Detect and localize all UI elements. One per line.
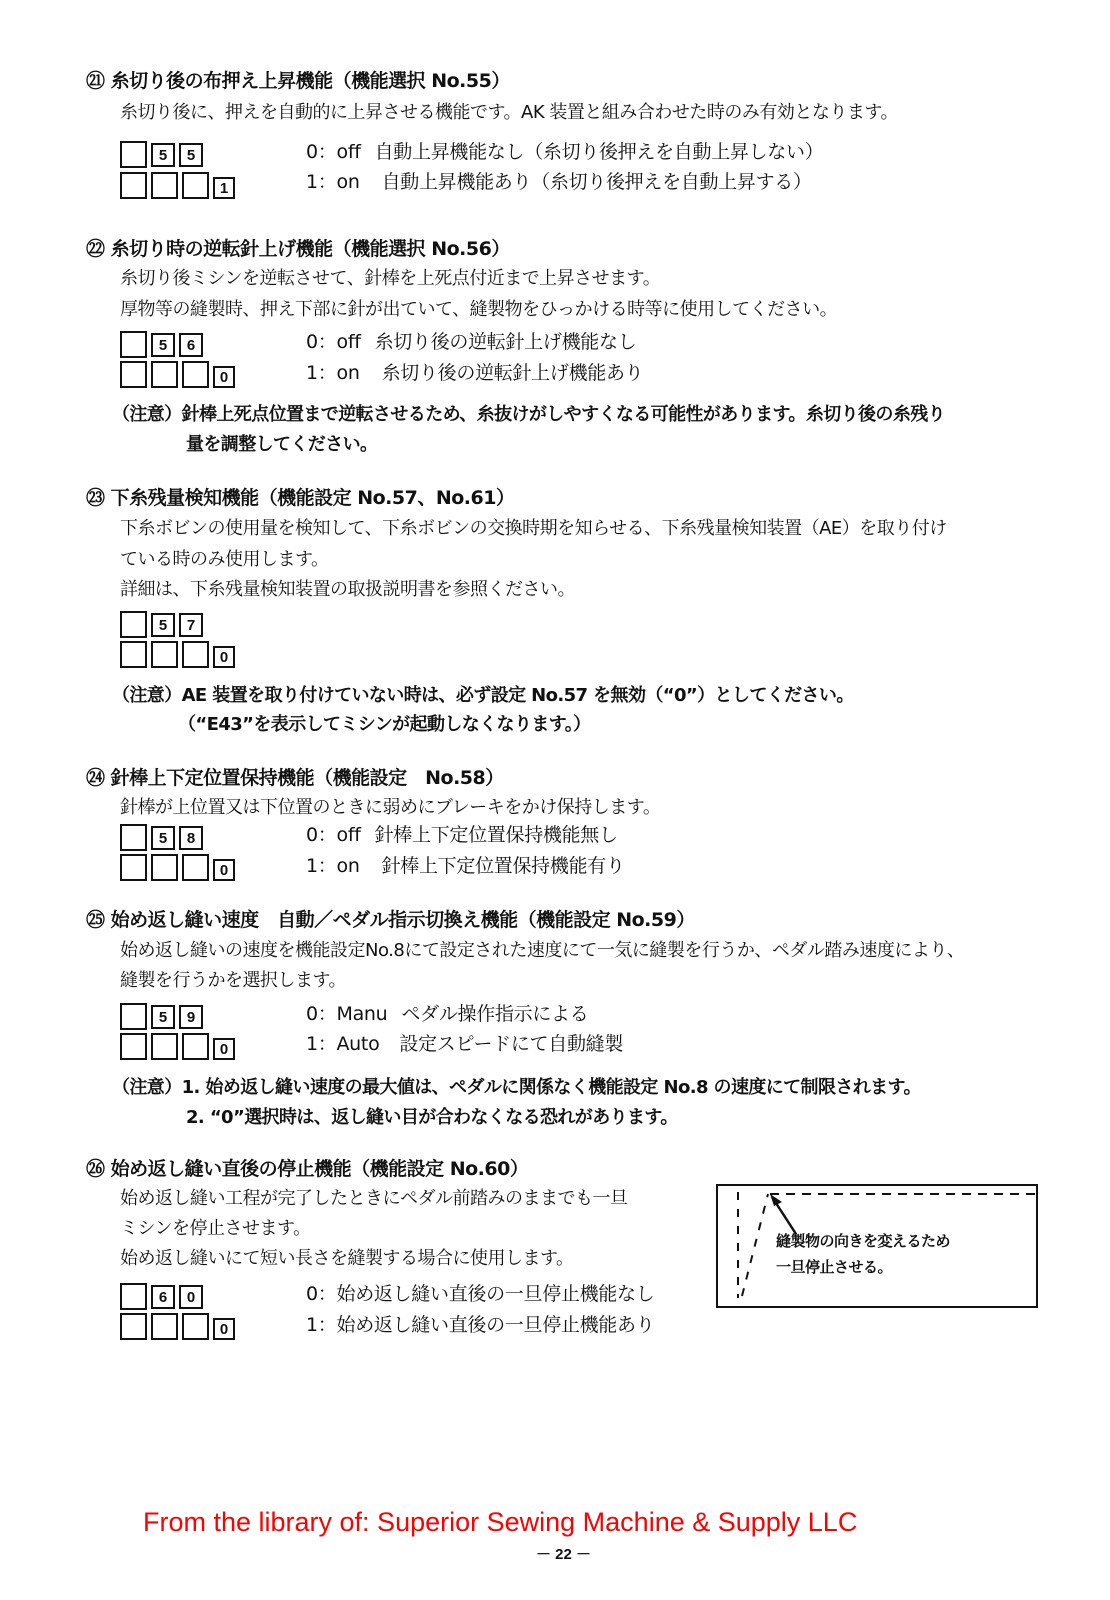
key-box: 5 — [151, 333, 175, 357]
key-box — [120, 1033, 147, 1060]
key-box — [120, 1313, 147, 1340]
key-box: 6 — [179, 333, 203, 357]
option-desc: 針棒上下定位置保持機能有り — [382, 855, 625, 877]
key-box — [120, 611, 147, 638]
section-25-body-line: 縫製を行うかを選択します。 — [120, 966, 346, 992]
section-26-option-1: 1：始め返し縫い直後の一旦停止機能あり — [306, 1310, 654, 1337]
section-25-option-0: 0：Manuペダル操作指示による — [306, 999, 588, 1026]
section-23-keys-top: 5 7 — [120, 611, 203, 638]
option-code: 1：on — [306, 167, 360, 194]
key-box — [182, 854, 209, 881]
section-22-keys-top: 5 6 — [120, 331, 203, 358]
key-box: 5 — [151, 143, 175, 167]
section-21-keys-top: 5 5 — [120, 141, 203, 168]
key-box: 0 — [213, 859, 235, 881]
section-24-body: 針棒が上位置又は下位置のときに弱めにブレーキをかけ保持します。 — [120, 793, 660, 819]
section-24-option-0: 0：off針棒上下定位置保持機能無し — [306, 820, 618, 847]
section-23-note: （“E43”を表示してミシンが起動しなくなります。） — [178, 710, 591, 736]
section-26-body-line: 始め返し縫い工程が完了したときにペダル前踏みのままでも一旦 — [120, 1184, 628, 1210]
key-box — [182, 1033, 209, 1060]
section-24-keys-top: 5 8 — [120, 824, 203, 851]
option-code: 0：off — [306, 327, 361, 354]
option-code: 0：off — [306, 137, 361, 164]
section-25-keys-top: 5 9 — [120, 1003, 203, 1030]
option-desc: 糸切り後の逆転針上げ機能なし — [375, 331, 637, 353]
section-22-note: （注意）針棒上死点位置まで逆転させるため、糸抜けがしやすくなる可能性があります。… — [112, 400, 945, 426]
section-22-option-1: 1：on糸切り後の逆転針上げ機能あり — [306, 358, 643, 385]
key-box — [182, 172, 209, 199]
section-25-option-1: 1：Auto設定スピードにて自動縫製 — [306, 1029, 623, 1056]
key-box — [151, 641, 178, 668]
section-23-note: （注意）AE 装置を取り付けていない時は、必ず設定 No.57 を無効（“0”）… — [112, 681, 854, 707]
library-watermark: From the library of: Superior Sewing Mac… — [143, 1507, 857, 1538]
section-22-heading: ㉒ 糸切り時の逆転針上げ機能（機能選択 No.56） — [86, 234, 510, 261]
key-box: 0 — [213, 646, 235, 668]
diagram-caption-line2: 一旦停止させる。 — [776, 1256, 892, 1277]
section-22-body-line: 厚物等の縫製時、押え下部に針が出ていて、縫製物をひっかける時等に使用してください… — [120, 295, 837, 321]
key-box — [120, 1283, 147, 1310]
section-21-keys-bottom: 1 — [120, 172, 235, 199]
key-box: 0 — [213, 1038, 235, 1060]
section-23-heading: ㉓ 下糸残量検知機能（機能設定 No.57、No.61） — [86, 483, 514, 510]
option-code: 0：off — [306, 820, 361, 847]
key-box — [182, 641, 209, 668]
section-26-option-0: 0：始め返し縫い直後の一旦停止機能なし — [306, 1279, 654, 1306]
section-23-keys-bottom: 0 — [120, 641, 235, 668]
key-box: 5 — [151, 613, 175, 637]
section-25-note: （注意）1. 始め返し縫い速度の最大値は、ペダルに関係なく機能設定 No.8 の… — [112, 1073, 921, 1099]
key-box — [151, 361, 178, 388]
section-24-keys-bottom: 0 — [120, 854, 235, 881]
section-26-heading: ㉖ 始め返し縫い直後の停止機能（機能設定 No.60） — [86, 1154, 528, 1181]
section-25-note: 2. “0”選択時は、返し縫い目が合わなくなる恐れがあります。 — [186, 1103, 678, 1129]
key-box — [182, 1313, 209, 1340]
section-23-body-line: 詳細は、下糸残量検知装置の取扱説明書を参照ください。 — [120, 575, 575, 601]
page-number: － 22 － — [536, 1543, 591, 1564]
option-code: 1：on — [306, 851, 360, 878]
section-22-keys-bottom: 0 — [120, 361, 235, 388]
key-box: 8 — [179, 826, 203, 850]
key-box — [151, 1033, 178, 1060]
option-code: 1：on — [306, 358, 360, 385]
key-box — [120, 361, 147, 388]
section-22-option-0: 0：off糸切り後の逆転針上げ機能なし — [306, 327, 636, 354]
stop-diagram: 縫製物の向きを変えるため 一旦停止させる。 — [716, 1184, 1038, 1308]
section-25-body-line: 始め返し縫いの速度を機能設定No.8にて設定された速度にて一気に縫製を行うか、ペ… — [120, 936, 964, 962]
option-code: 0：Manu — [306, 999, 387, 1026]
option-desc: 針棒上下定位置保持機能無し — [375, 824, 618, 846]
section-23-body-line: 下糸ボビンの使用量を検知して、下糸ボビンの交換時期を知らせる、下糸残量検知装置（… — [120, 514, 947, 540]
key-box — [182, 361, 209, 388]
section-21-heading: ㉑ 糸切り後の布押え上昇機能（機能選択 No.55） — [86, 66, 510, 93]
section-25-keys-bottom: 0 — [120, 1033, 235, 1060]
option-desc: 始め返し縫い直後の一旦停止機能なし — [337, 1283, 655, 1305]
key-box: 5 — [179, 143, 203, 167]
key-box: 5 — [151, 826, 175, 850]
section-24-heading: ㉔ 針棒上下定位置保持機能（機能設定 No.58） — [86, 763, 504, 790]
key-box — [120, 172, 147, 199]
option-desc: 設定スピードにて自動縫製 — [399, 1033, 623, 1055]
option-code: 1： — [306, 1310, 337, 1337]
section-26-body-line: ミシンを停止させます。 — [120, 1214, 311, 1240]
key-box — [120, 1003, 147, 1030]
key-box — [120, 854, 147, 881]
option-desc: 糸切り後の逆転針上げ機能あり — [382, 362, 644, 384]
key-box: 6 — [151, 1285, 175, 1309]
option-desc: ペダル操作指示による — [401, 1003, 588, 1025]
key-box: 7 — [179, 613, 203, 637]
section-25-heading: ㉕ 始め返し縫い速度 自動／ペダル指示切換え機能（機能設定 No.59） — [86, 905, 695, 932]
option-desc: 自動上昇機能なし（糸切り後押えを自動上昇しない） — [375, 141, 824, 163]
key-box: 0 — [213, 366, 235, 388]
section-21-option-0: 0：off自動上昇機能なし（糸切り後押えを自動上昇しない） — [306, 137, 823, 164]
option-desc: 始め返し縫い直後の一旦停止機能あり — [337, 1314, 655, 1336]
key-box: 9 — [179, 1005, 203, 1029]
key-box — [151, 1313, 178, 1340]
diagram-caption-line1: 縫製物の向きを変えるため — [776, 1230, 950, 1251]
option-desc: 自動上昇機能あり（糸切り後押えを自動上昇する） — [382, 171, 812, 193]
key-box: 1 — [213, 177, 235, 199]
option-code: 1：Auto — [306, 1029, 379, 1056]
key-box — [120, 331, 147, 358]
key-box — [151, 172, 178, 199]
section-26-keys-bottom: 0 — [120, 1313, 235, 1340]
key-box — [120, 641, 147, 668]
key-box: 0 — [213, 1318, 235, 1340]
section-26-keys-top: 6 0 — [120, 1283, 203, 1310]
key-box — [120, 824, 147, 851]
key-box — [120, 141, 147, 168]
section-23-body-line: ている時のみ使用します。 — [120, 545, 329, 571]
key-box: 5 — [151, 1005, 175, 1029]
section-21-body: 糸切り後に、押えを自動的に上昇させる機能です。AK 装置と組み合わせた時のみ有効… — [120, 98, 898, 124]
key-box — [151, 854, 178, 881]
key-box: 0 — [179, 1285, 203, 1309]
section-24-option-1: 1：on針棒上下定位置保持機能有り — [306, 851, 625, 878]
section-26-body-line: 始め返し縫いにて短い長さを縫製する場合に使用します。 — [120, 1244, 574, 1270]
section-22-body-line: 糸切り後ミシンを逆転させて、針棒を上死点付近まで上昇させます。 — [120, 264, 660, 290]
section-21-option-1: 1：on自動上昇機能あり（糸切り後押えを自動上昇する） — [306, 167, 812, 194]
section-22-note: 量を調整してください。 — [186, 430, 377, 456]
option-code: 0： — [306, 1279, 337, 1306]
